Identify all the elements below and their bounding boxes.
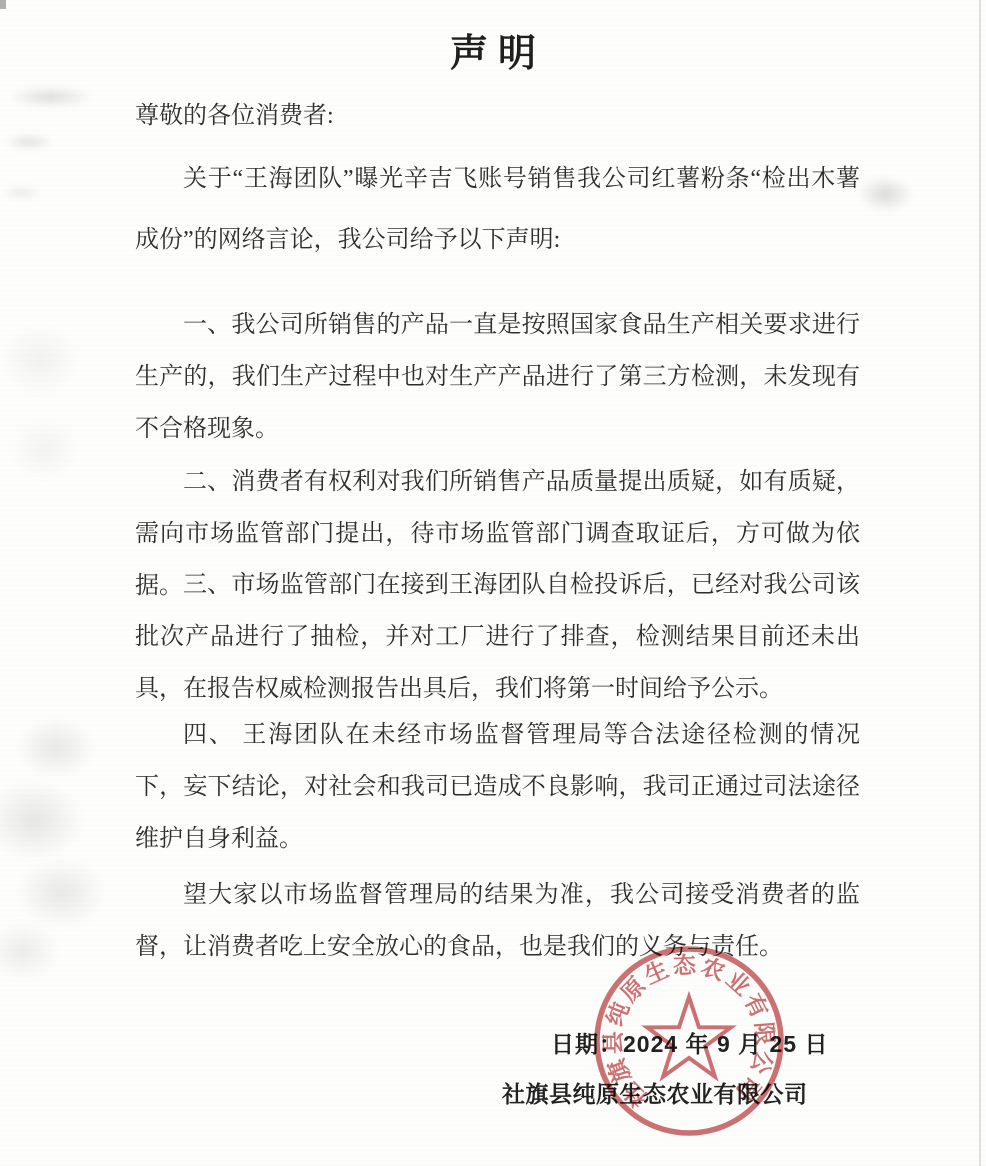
scan-artifact [2,186,40,200]
scan-artifact [8,86,93,108]
company-seal-stamp: 社旗县纯原生态农业有限公司 [589,941,789,1141]
salutation: 尊敬的各位消费者: [135,90,860,142]
scanned-statement-document: 声明 尊敬的各位消费者: 关于“王海团队”曝光辛吉飞账号销售我公司红薯粉条“检出… [0,0,986,1166]
scan-artifact [0,690,100,980]
statement-item-1: 一、我公司所销售的产品一直是按照国家食品生产相关要求进行生产的，我们生产过程中也… [135,299,860,455]
page-title: 声明 [0,22,986,77]
scan-artifact [4,134,54,150]
intro-paragraph: 关于“王海团队”曝光辛吉飞账号销售我公司红薯粉条“检出木薯成份”的网络言论，我公… [135,149,860,271]
statement-item-3: 三、市场监管部门在接到王海团队自检投诉后，已经对我公司该批次产品进行了抽检，并对… [135,559,860,715]
scan-page-edge [979,0,981,1166]
scan-artifact [0,0,6,9]
statement-item-4: 四、 王海团队在未经市场监督管理局等合法途径检测的情况下，妄下结论，对社会和我司… [135,709,860,865]
seal-star-icon [647,997,731,1077]
scan-artifact [0,300,87,500]
scan-artifact [858,176,913,212]
